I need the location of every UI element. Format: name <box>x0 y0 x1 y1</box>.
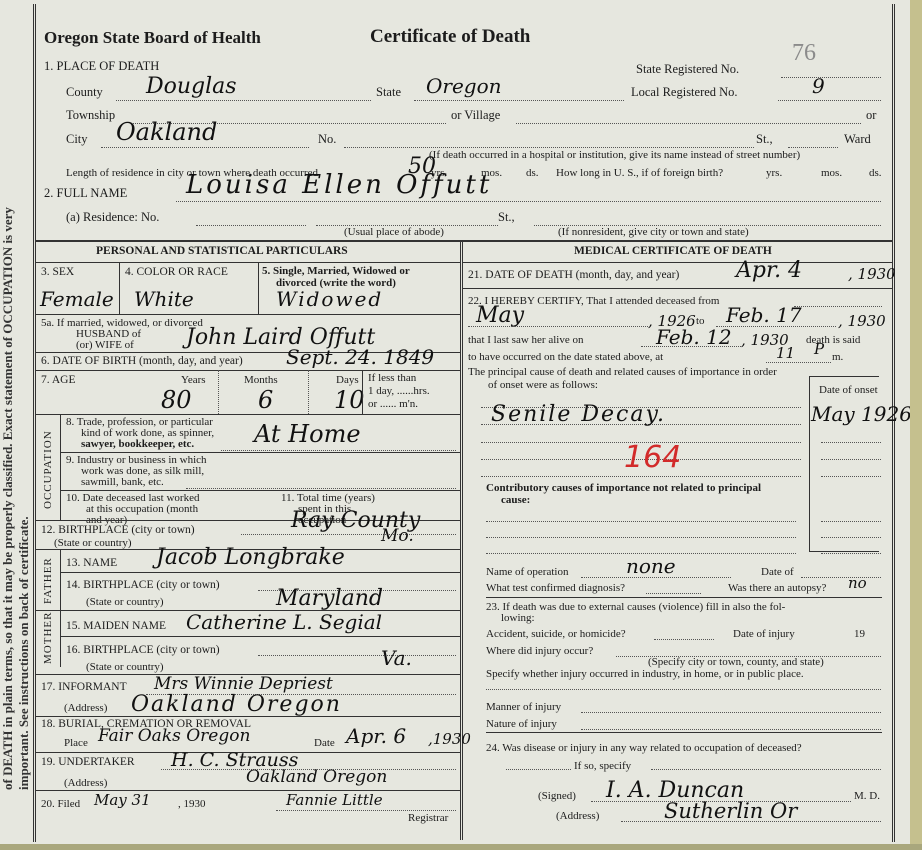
mother-name-value: Catherine L. Segial <box>186 610 382 634</box>
foreign-mos-label: mos. <box>821 167 842 179</box>
local-registered-label: Local Registered No. <box>631 85 738 100</box>
spouse-label-3: (or) WIFE of <box>76 339 134 351</box>
local-registered-value: 9 <box>812 74 825 98</box>
filed-label: 20. Filed <box>41 798 80 810</box>
filed-year: , 1930 <box>178 798 206 810</box>
less-than-3: or ...... m'n. <box>368 398 418 410</box>
years-label: Years <box>181 374 206 386</box>
undertaker-address-value: Oakland Oregon <box>246 767 387 787</box>
burial-place-label: Place <box>64 737 88 749</box>
state-registered-number: 76 <box>792 40 816 67</box>
attended-to-value: Feb. 17 <box>726 303 802 327</box>
dod-year: , 1930 <box>848 265 896 283</box>
onset-header: Date of onset <box>819 384 878 396</box>
last-saw-value: Feb. 12 <box>656 325 732 349</box>
ward-label: Ward <box>844 132 871 147</box>
cause-label-2: of onset were as follows: <box>488 379 598 391</box>
test-label: What test confirmed diagnosis? <box>486 582 625 594</box>
specify-label: Specify whether injury occurred in indus… <box>486 668 804 680</box>
sex-label: 3. SEX <box>41 266 74 278</box>
dod-value: Apr. 4 <box>736 258 802 283</box>
signed-label: (Signed) <box>538 790 576 802</box>
if-so-label: If so, specify <box>574 760 631 772</box>
registrar-value: Fannie Little <box>286 791 383 809</box>
trade-value: At Home <box>254 420 361 448</box>
registrar-label: Registrar <box>408 812 448 824</box>
mother-birthplace-label-2: (State or country) <box>86 661 164 673</box>
nonresident-note: (If nonresident, give city or town and s… <box>558 226 749 238</box>
operation-label: Name of operation <box>486 566 568 578</box>
nature-label: Nature of injury <box>486 718 557 730</box>
occurred-label: to have occurred on the date stated abov… <box>468 351 663 363</box>
external-label-2: lowing: <box>501 612 535 624</box>
cause-value: Senile Decay. <box>491 402 666 427</box>
side-note-line1: of DEATH in plain terms, so that it may … <box>0 90 16 790</box>
undertaker-label: 19. UNDERTAKER <box>41 756 135 768</box>
industry-label-3: sawmill, bank, etc. <box>81 476 164 488</box>
st-label: St., <box>756 132 773 147</box>
full-name-label: 2. FULL NAME <box>44 186 127 201</box>
father-name-label: 13. NAME <box>66 557 117 569</box>
trade-label-3: sawyer, bookkeeper, etc. <box>81 438 194 450</box>
attended-to-year: , 1930 <box>838 312 886 330</box>
m-label: m. <box>832 351 843 363</box>
less-than-2: 1 day, ......hrs. <box>368 385 430 397</box>
burial-year-value: ,1930 <box>428 730 471 748</box>
injury-year-label: 19 <box>854 628 865 640</box>
onset-value: May 1926 <box>811 402 912 426</box>
marital-value: Widowed <box>276 287 383 311</box>
informant-label: 17. INFORMANT <box>41 681 127 693</box>
attended-from-value: May <box>476 303 524 328</box>
time-value: 11 <box>776 344 795 362</box>
birthplace-label-2: (State or country) <box>54 537 132 549</box>
marital-label-1: 5. Single, Married, Widowed or <box>262 265 410 277</box>
mother-name-label: 15. MAIDEN NAME <box>66 620 166 632</box>
operation-date-label: Date of <box>761 566 794 578</box>
city-label: City <box>66 132 88 147</box>
state-value: Oregon <box>426 74 502 98</box>
county-label: County <box>66 85 103 100</box>
mother-birthplace-label-1: 16. BIRTHPLACE (city or town) <box>66 644 220 656</box>
certificate-form: Oregon State Board of Health Certificate… <box>33 4 895 842</box>
days-label: Days <box>336 374 359 386</box>
certificate-paper: of DEATH in plain terms, so that it may … <box>0 0 910 845</box>
city-value: Oakland <box>116 118 217 146</box>
years-value: 80 <box>161 386 192 414</box>
paper-edge-bottom <box>0 844 922 850</box>
injury-date-label: Date of injury <box>733 628 795 640</box>
village-label: or Village <box>451 108 500 123</box>
informant-address-label: (Address) <box>64 702 107 714</box>
accident-label: Accident, suicide, or homicide? <box>486 628 626 640</box>
father-birthplace-value: Maryland <box>276 586 383 611</box>
physician-address-value: Sutherlin Or <box>664 799 797 823</box>
md-label: M. D. <box>854 790 880 802</box>
manner-label: Manner of injury <box>486 701 561 713</box>
certificate-title: Certificate of Death <box>370 26 530 48</box>
last-saw-label: that I last saw her alive on <box>468 334 583 346</box>
or-label: or <box>866 108 876 123</box>
dob-label: 6. DATE OF BIRTH (month, day, and year) <box>41 355 243 367</box>
foreign-ds-label: ds. <box>869 167 882 179</box>
state-registered-label: State Registered No. <box>636 62 739 77</box>
father-birthplace-label-1: 14. BIRTHPLACE (city or town) <box>66 579 220 591</box>
state-label: State <box>376 85 401 100</box>
dob-value: Sept. 24. 1849 <box>286 345 434 369</box>
race-value: White <box>134 287 194 311</box>
informant-value: Mrs Winnie Depriest <box>154 674 333 694</box>
where-label: Where did injury occur? <box>486 645 593 657</box>
burial-date-label: Date <box>314 737 335 749</box>
full-name-value: Louisa Ellen Offutt <box>186 170 492 200</box>
months-value: 6 <box>258 386 273 414</box>
physician-address-label: (Address) <box>556 810 599 822</box>
birthplace-label-1: 12. BIRTHPLACE (city or town) <box>41 524 195 536</box>
township-label: Township <box>66 108 115 123</box>
autopsy-value: no <box>848 574 867 592</box>
mother-birthplace-value: Va. <box>381 646 412 670</box>
race-label: 4. COLOR OR RACE <box>125 266 228 278</box>
filed-value: May 31 <box>94 791 151 809</box>
informant-address-value: Oakland Oregon <box>131 692 342 717</box>
foreign-yrs-label: yrs. <box>766 167 782 179</box>
sex-value: Female <box>40 287 114 311</box>
cause-label-1: The principal cause of death and related… <box>468 366 777 378</box>
operation-value: none <box>626 554 676 578</box>
where-note: (Specify city or town, county, and state… <box>648 656 824 668</box>
months-label: Months <box>244 374 278 386</box>
residence-label: (a) Residence: No. <box>66 210 159 225</box>
personal-section-title: PERSONAL AND STATISTICAL PARTICULARS <box>96 245 348 257</box>
father-name-value: Jacob Longbrake <box>156 545 345 570</box>
side-note-line2: important. See instructions on back of c… <box>16 90 32 790</box>
county-value: Douglas <box>146 74 237 99</box>
residence-ds-label: ds. <box>526 167 539 179</box>
father-side-label: FATHER <box>42 557 54 604</box>
place-of-death-label: 1. PLACE OF DEATH <box>44 59 159 74</box>
undertaker-address-label: (Address) <box>64 777 107 789</box>
burial-date-value: Apr. 6 <box>346 724 406 748</box>
red-classification-code: 164 <box>624 440 681 475</box>
ampm-value: P <box>814 340 824 358</box>
contributory-label-1: Contributory causes of importance not re… <box>486 482 761 494</box>
foreign-birth-label: How long in U. S., if of foreign birth? <box>556 167 723 179</box>
days-value: 10 <box>334 386 365 414</box>
hospital-note: (If death occurred in a hospital or inst… <box>429 149 800 161</box>
medical-section-title: MEDICAL CERTIFICATE OF DEATH <box>574 245 772 257</box>
age-label: 7. AGE <box>41 374 76 386</box>
abode-note: (Usual place of abode) <box>344 226 444 238</box>
paper-edge-right <box>910 0 922 850</box>
less-than-1: If less than <box>368 372 416 384</box>
occupation-side-label: OCCUPATION <box>42 430 54 509</box>
occupation-related-label: 24. Was disease or injury in any way rel… <box>486 742 802 754</box>
mother-side-label: MOTHER <box>42 612 54 664</box>
dod-label: 21. DATE OF DEATH (month, day, and year) <box>468 269 679 281</box>
board-title: Oregon State Board of Health <box>44 28 261 48</box>
burial-place-value: Fair Oaks Oregon <box>98 726 250 746</box>
autopsy-label: Was there an autopsy? <box>728 582 826 594</box>
street-no-label: No. <box>318 132 336 147</box>
contributory-label-2: cause: <box>501 494 530 506</box>
father-birthplace-label-2: (State or country) <box>86 596 164 608</box>
residence-st-label: St., <box>498 210 515 225</box>
birthplace-state-value: Mo. <box>381 526 414 546</box>
